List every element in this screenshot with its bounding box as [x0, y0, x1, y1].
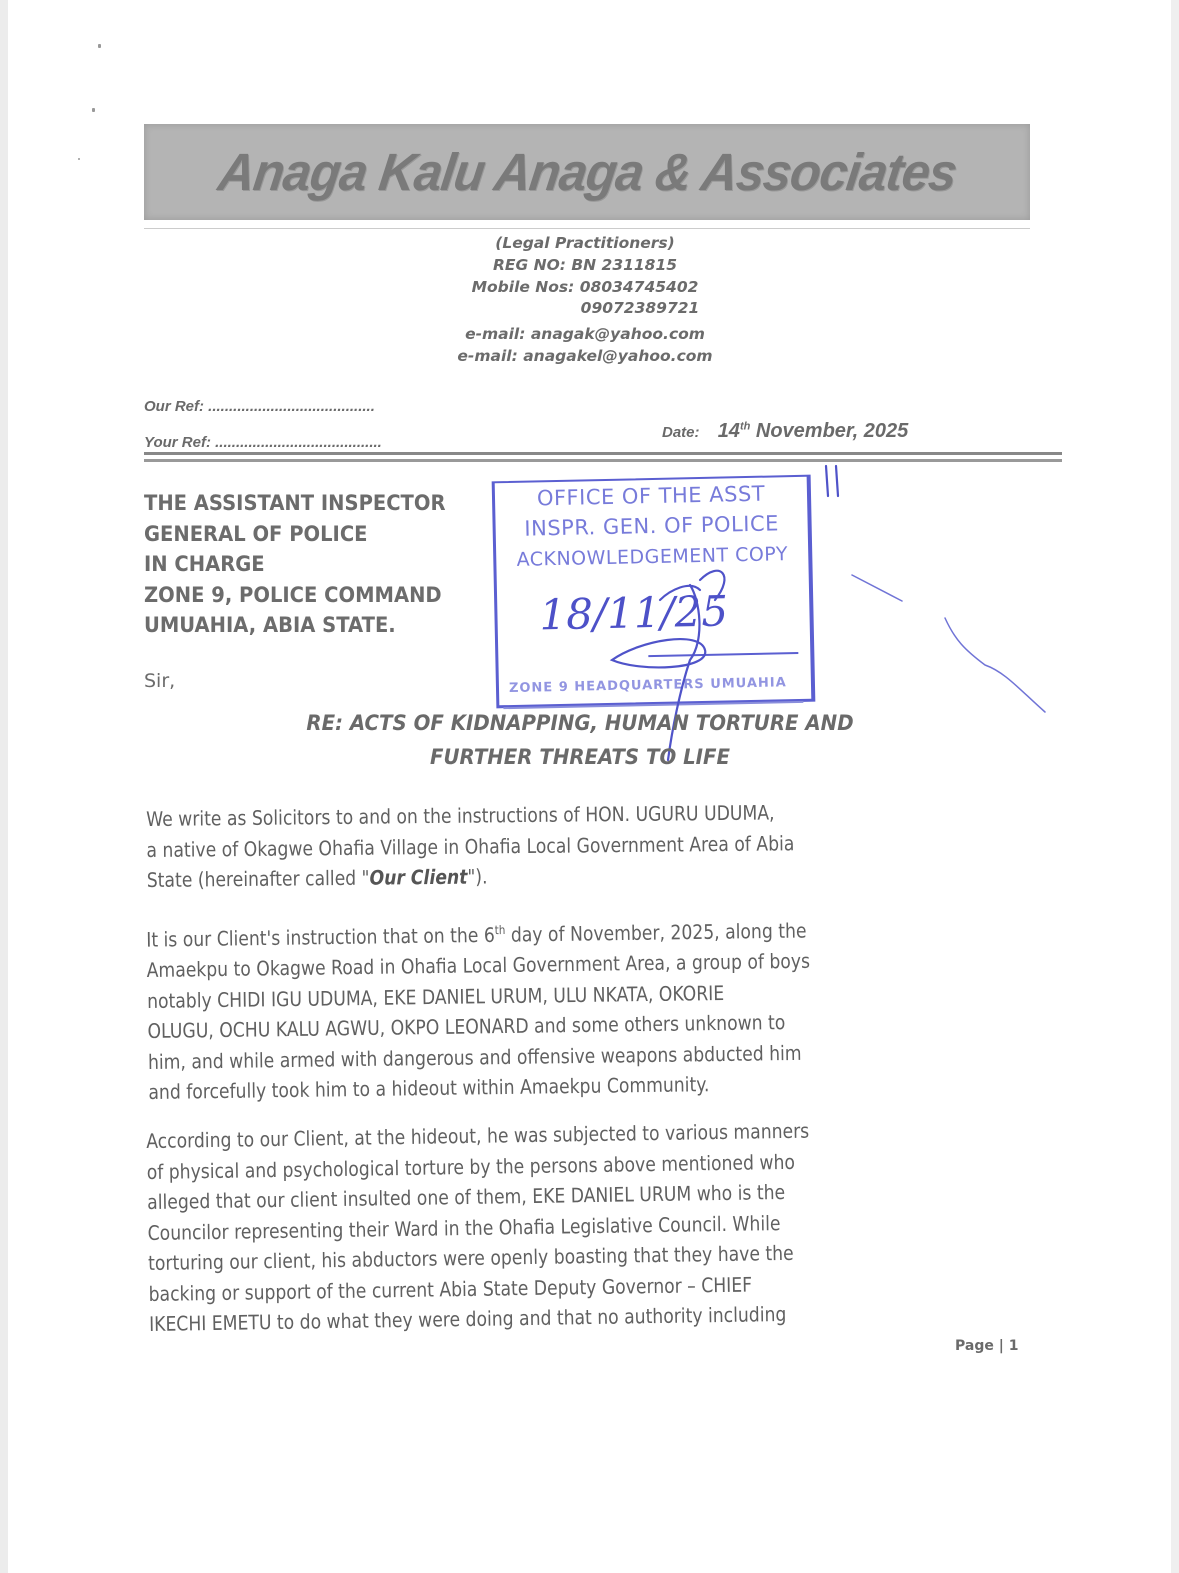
- body-paragraph-2: It is our Client's instruction that on t…: [146, 908, 1025, 1108]
- addressee-line: THE ASSISTANT INSPECTOR: [144, 488, 446, 519]
- firm-subtitle: (Legal Practitioners): [400, 232, 770, 254]
- mobile-number-1: Mobile Nos: 08034745402: [400, 276, 770, 298]
- addressee-block: THE ASSISTANT INSPECTOR GENERAL OF POLIC…: [144, 488, 468, 641]
- page-number: Page | 1: [955, 1338, 1018, 1354]
- stamp-signature-line: [648, 652, 798, 657]
- your-ref-value: ........................................: [215, 434, 382, 451]
- subject-line-2: FURTHER THREATS TO LIFE: [223, 740, 937, 774]
- salutation: Sir,: [144, 670, 175, 692]
- acknowledgement-stamp: OFFICE OF THE ASST INSPR. GEN. OF POLICE…: [492, 475, 816, 709]
- our-ref-label: Our Ref:: [144, 398, 204, 415]
- mobile-number-2: 09072389721: [400, 297, 770, 319]
- our-ref-value: ........................................: [208, 398, 375, 415]
- your-ref: Your Ref: ..............................…: [144, 434, 382, 451]
- stamp-line-3: ACKNOWLEDGEMENT COPY: [502, 543, 802, 571]
- body-paragraph-3: According to our Client, at the hideout,…: [146, 1112, 1025, 1339]
- stamp-line-1: OFFICE OF THE ASST: [501, 481, 801, 511]
- scan-edge-left: [0, 0, 8, 1573]
- email-2: e-mail: anagakel@yahoo.com: [400, 345, 770, 367]
- scan-speck: [78, 158, 80, 160]
- letterhead-banner: Anaga Kalu Anaga & Associates: [144, 124, 1030, 220]
- subject-line-1: RE: ACTS OF KIDNAPPING, HUMAN TORTURE AN…: [223, 706, 937, 740]
- firm-contact-block: (Legal Practitioners) REG NO: BN 2311815…: [400, 232, 770, 367]
- header-divider: [144, 459, 1062, 462]
- addressee-line: ZONE 9, POLICE COMMAND: [144, 580, 446, 611]
- email-1: e-mail: anagak@yahoo.com: [400, 323, 770, 345]
- firm-name: Anaga Kalu Anaga & Associates: [214, 142, 959, 203]
- addressee-line: UMUAHIA, ABIA STATE.: [144, 610, 446, 641]
- letterhead-rule: [144, 228, 1030, 229]
- scan-edge-right: [1171, 0, 1179, 1573]
- subject-heading: RE: ACTS OF KIDNAPPING, HUMAN TORTURE AN…: [200, 706, 960, 774]
- date-label: Date:: [662, 424, 700, 441]
- your-ref-label: Your Ref:: [144, 434, 211, 451]
- stamp-line-4: ZONE 9 HEADQUARTERS UMUAHIA: [509, 675, 799, 696]
- body-paragraph-1: We write as Solicitors to and on the ins…: [146, 795, 1023, 896]
- stamp-line-2: INSPR. GEN. OF POLICE: [501, 511, 801, 541]
- defined-term: Our Client: [369, 865, 467, 890]
- addressee-line: IN CHARGE: [144, 549, 446, 580]
- scan-speck: [98, 44, 101, 48]
- letter-date: Date: 14th November, 2025: [662, 420, 908, 443]
- date-value: 14th November, 2025: [718, 420, 909, 442]
- header-divider: [144, 452, 1062, 455]
- reg-number: REG NO: BN 2311815: [400, 254, 770, 276]
- addressee-line: GENERAL OF POLICE: [144, 519, 446, 550]
- stamp-handwritten-date: 18/11/25: [539, 586, 729, 639]
- scan-speck: [92, 108, 95, 112]
- our-ref: Our Ref: ...............................…: [144, 398, 375, 415]
